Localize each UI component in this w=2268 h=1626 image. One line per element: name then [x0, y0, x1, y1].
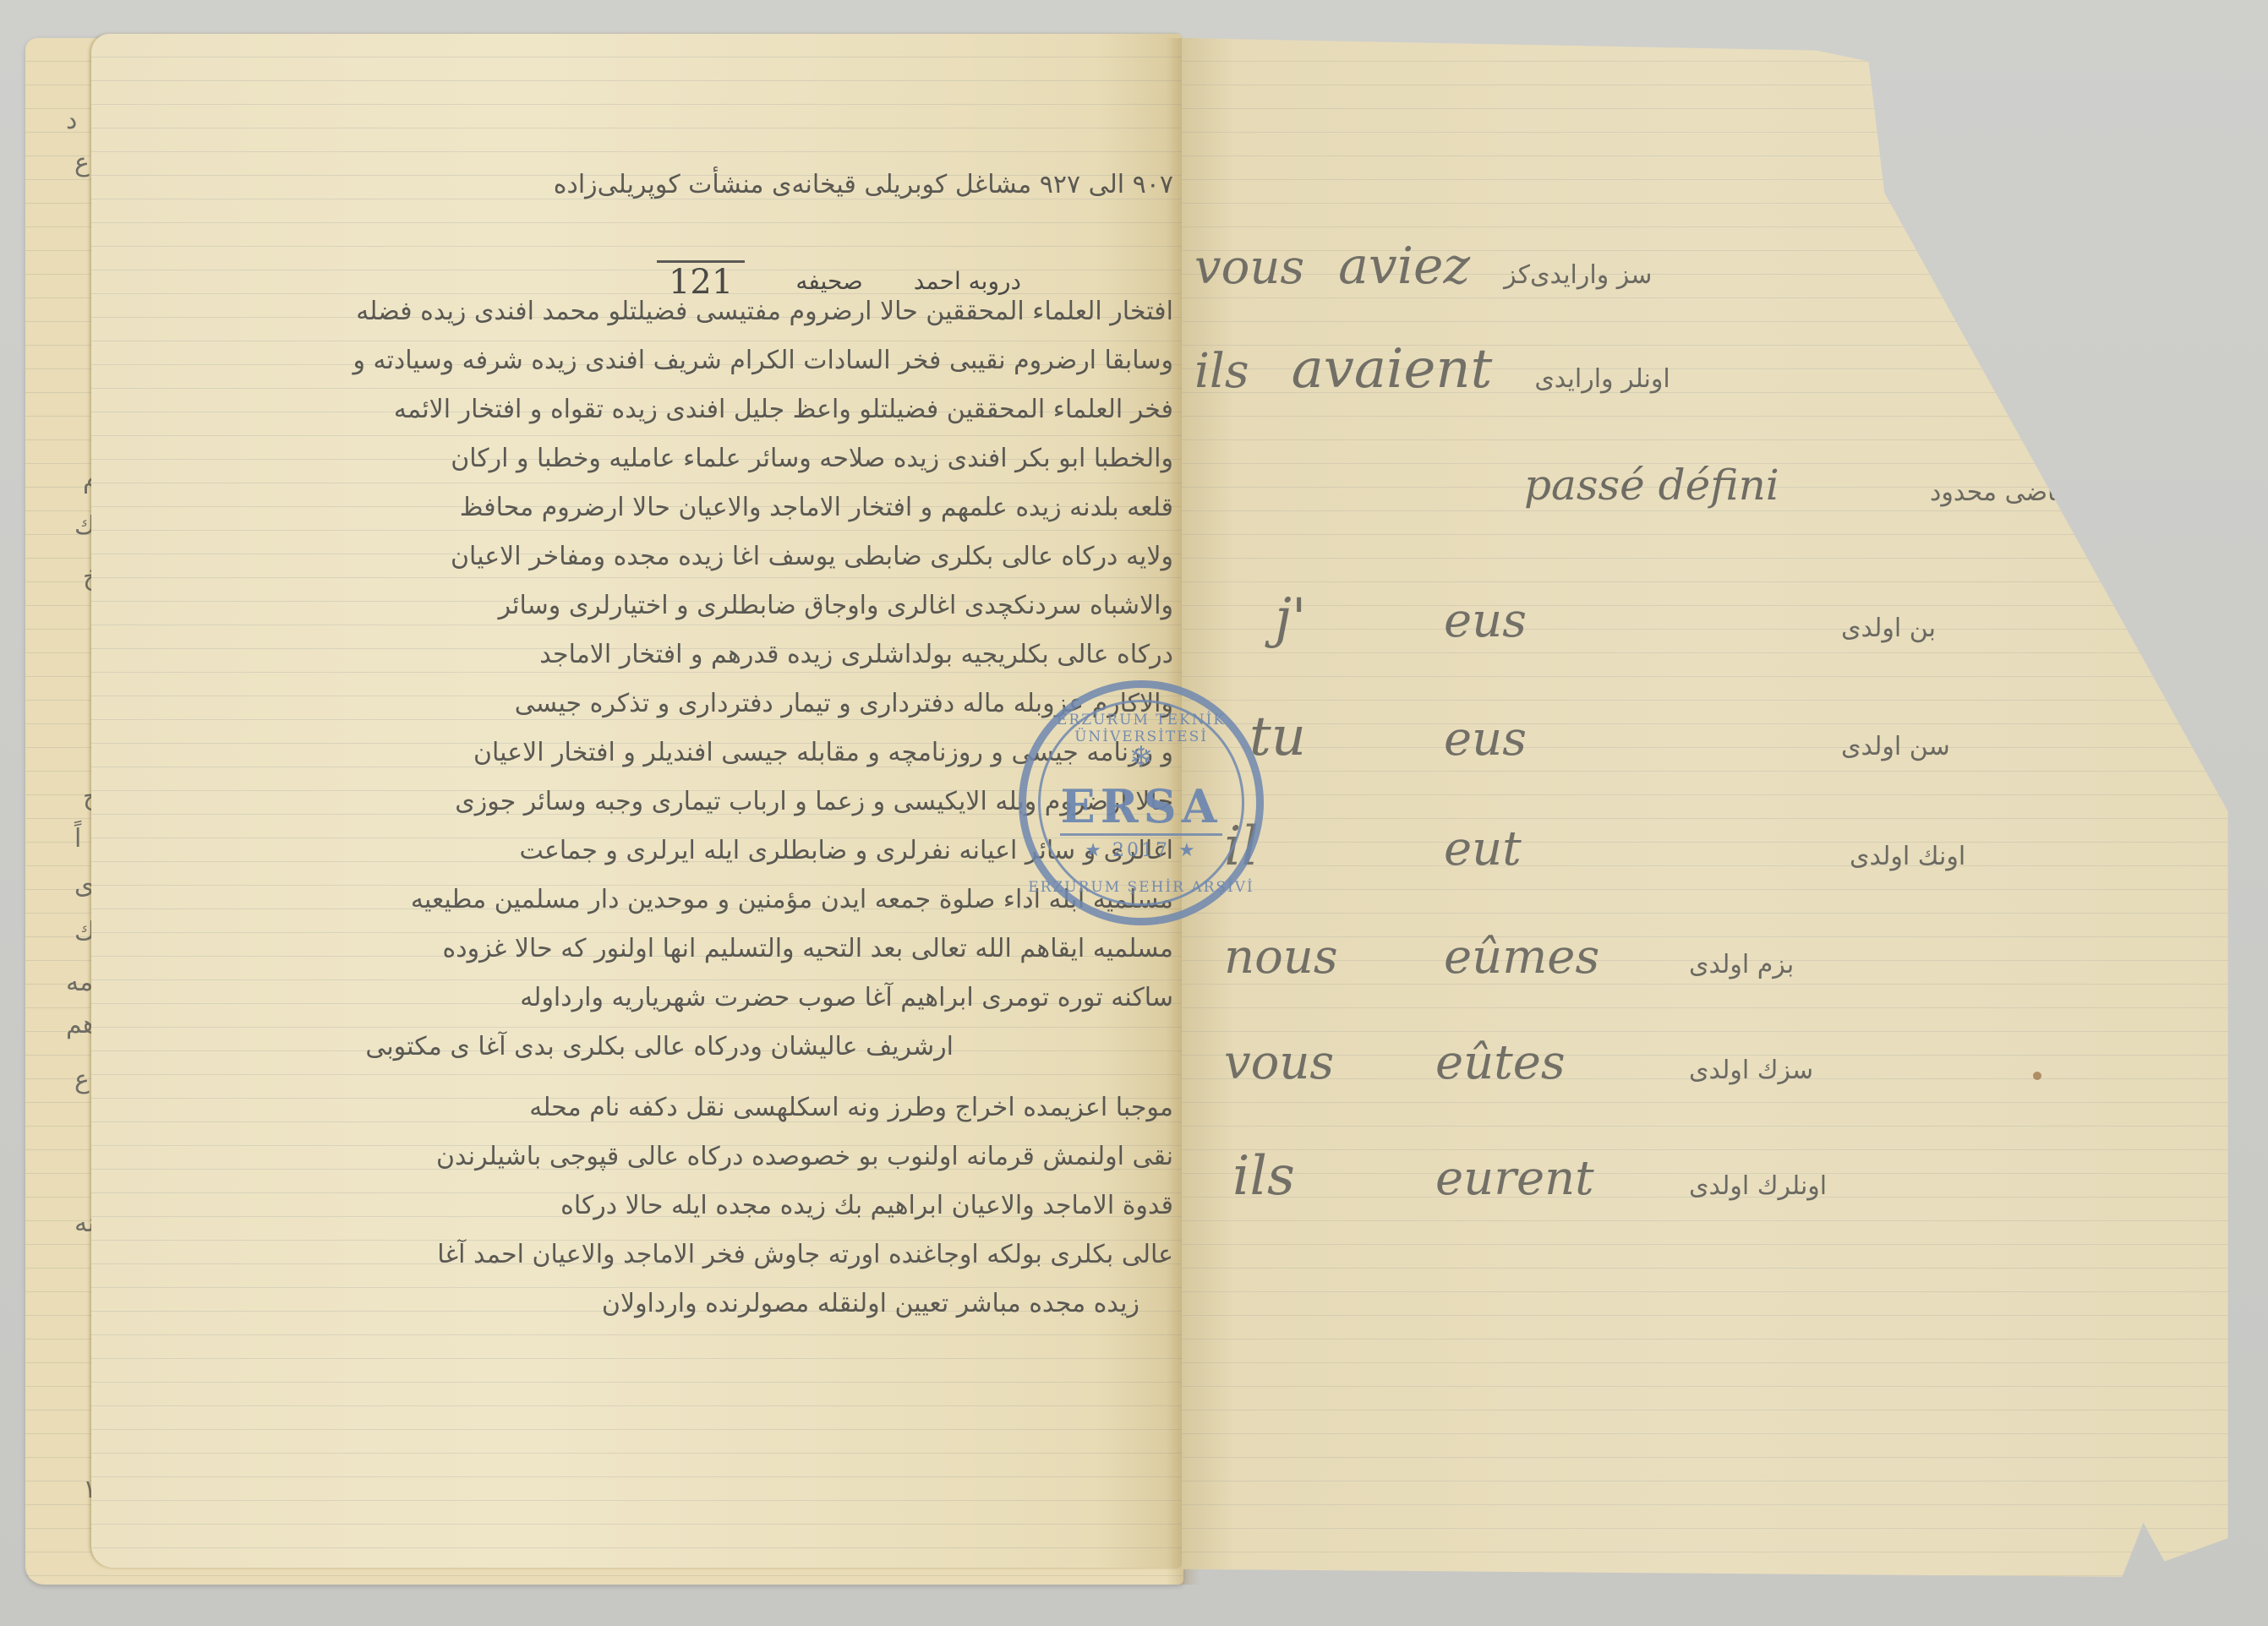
conjugation-row: ils eurent اونلرك اولدى: [1232, 1145, 1827, 1208]
french-pronoun: tu: [1249, 706, 1444, 768]
french-pronoun: j': [1275, 587, 1444, 650]
conjugation-row: j' eus بن اولدى: [1275, 587, 1936, 650]
text-line: دركاه عالى بكلريجيه بولداشلرى زيده قدرهم…: [125, 630, 1173, 679]
conjugation-row: ils avaient اونلر وارايدى: [1194, 338, 1670, 401]
archive-stamp: ERZURUM TEKNİK ÜNİVERSİTESİ ❄ ERSA ★ 201…: [1019, 680, 1264, 925]
text-line: موجبا اعزيمده اخراج وطرز ونه اسكلهسى نقل…: [125, 1083, 1173, 1132]
conjugation-row: vous aviez سز وارايدى‌كز: [1194, 237, 1652, 296]
stamp-divider: [1060, 833, 1222, 836]
ottoman-gloss: بزم اولدى: [1689, 950, 1794, 979]
text-line: زيده مجده مباشر تعيين اولنقله مصولرنده و…: [125, 1280, 1173, 1329]
margin-note: ع: [74, 1065, 90, 1094]
french-verb: eûmes: [1444, 930, 1689, 985]
ottoman-gloss: سز وارايدى‌كز: [1504, 260, 1652, 290]
text-line: عالى بكلرى بولكه اوجاغنده اورته جاوش فخر…: [125, 1230, 1173, 1280]
section-title: passé défini: [1524, 461, 1779, 510]
ink-spot: [2033, 1072, 2041, 1080]
margin-note: ع: [74, 148, 90, 177]
french-verb: eus: [1444, 593, 1841, 648]
french-verb: eûtes: [1435, 1035, 1689, 1090]
text-line: قلعه بلدنه زيده علمهم و افتخار الاماجد و…: [125, 483, 1173, 532]
ottoman-gloss: سن اولدى: [1841, 732, 1950, 761]
margin-note: اً: [74, 824, 81, 854]
ottoman-gloss: اونلر وارايدى: [1534, 364, 1670, 394]
french-verb: eut: [1444, 821, 1850, 876]
text-line: اغالرى و سائر اعيانه نفرلرى و ضابطلرى اي…: [125, 827, 1173, 876]
french-pronoun: vous: [1224, 1035, 1435, 1090]
stamp-name: ERSA: [1026, 779, 1256, 833]
stamp-ring-bottom-text: ERZURUM ŞEHİR ARŞİVİ: [1026, 879, 1256, 896]
ottoman-gloss: بن اولدى: [1841, 614, 1936, 643]
text-line: فخر العلماء المحققين فضيلتلو واعظ جليل ا…: [125, 385, 1173, 434]
text-line: والاشباه سردنكچدى اغالرى واوجاق ضابطلرى …: [125, 581, 1173, 630]
conjugation-row: vous eûtes سزك اولدى: [1224, 1035, 1813, 1090]
text-line: ساكنه توره تومرى ابراهيم آغا صوب حضرت شه…: [125, 974, 1173, 1023]
french-pronoun: ils: [1232, 1145, 1435, 1208]
ottoman-gloss: سزك اولدى: [1689, 1056, 1813, 1085]
text-line: ارشريف عاليشان ودركاه عالى بكلرى بدى آغا…: [125, 1023, 1173, 1072]
text-line: ولايه دركاه عالى بكلرى ضابطى يوسف اغا زي…: [125, 532, 1173, 581]
text-line: وسابقا ارضروم نقيبى فخر السادات الكرام ش…: [125, 336, 1173, 385]
text-line: والخطبا ابو بكر افندى زيده صلاحه وسائر ع…: [125, 434, 1173, 483]
margin-note: مه: [66, 968, 93, 997]
french-pronoun: nous: [1224, 930, 1444, 985]
body-text: افتخار العلماء المحققين حالا ارضروم مفتي…: [125, 287, 1173, 1329]
text-line: و رزنامه جيسى و روزنامچه و مقابله جيسى ا…: [125, 728, 1173, 778]
text-line: حالا ارضروم وبله الايكيسى و زعما و ارباب…: [125, 778, 1173, 827]
french-verb: aviez: [1338, 237, 1470, 296]
margin-note: د: [66, 106, 77, 135]
conjugation-row: il eut اونك اولدى: [1224, 816, 1965, 878]
french-verb: avaient: [1292, 338, 1493, 401]
text-line: والاكارم عزوبله ماله دفتردارى و تيمار دف…: [125, 679, 1173, 728]
stamp-year: ★ 2017 ★: [1026, 840, 1256, 861]
ottoman-gloss: اونلرك اولدى: [1689, 1171, 1827, 1201]
text-line: قدوة الاماجد والاعيان ابراهيم بك زيده مج…: [125, 1181, 1173, 1230]
french-pronoun: ils: [1194, 344, 1249, 399]
page-header: ٩٠٧ الى ٩٢٧ مشاغل كوبريلى قيخانه‌ى منشأت…: [125, 161, 1173, 210]
conjugation-row: nous eûmes بزم اولدى: [1224, 930, 1794, 985]
text-line: افتخار العلماء المحققين حالا ارضروم مفتي…: [125, 287, 1173, 336]
text-line: مسلميه ايقاهم الله تعالى بعد التحيه والت…: [125, 925, 1173, 974]
french-pronoun: vous: [1194, 240, 1304, 295]
text-line: مسلميه ابله اداء صلوة جمعه ايدن مؤمنين و…: [125, 876, 1173, 925]
snowflake-emblem-icon: ❄: [1026, 740, 1256, 774]
french-verb: eurent: [1435, 1151, 1689, 1206]
header-line: ٩٠٧ الى ٩٢٧ مشاغل كوبريلى قيخانه‌ى منشأت…: [125, 161, 1173, 210]
ottoman-gloss: اونك اولدى: [1850, 842, 1965, 871]
french-verb: eus: [1444, 712, 1841, 767]
conjugation-row: tu eus سن اولدى: [1249, 706, 1950, 768]
text-line: نقى اولنمش قرمانه اولنوب بو خصوصده دركاه…: [125, 1132, 1173, 1181]
